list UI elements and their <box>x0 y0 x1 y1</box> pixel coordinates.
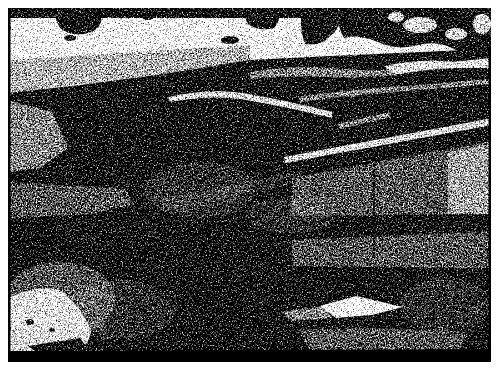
scanned-halftone-photo: High-contrast black-and-white halftone p… <box>0 0 500 376</box>
photo-border-left <box>8 10 11 362</box>
global-black-grain <box>8 8 491 362</box>
photo-border-right <box>489 46 492 362</box>
photo-canvas <box>0 0 500 376</box>
photo-border-bottom <box>8 349 491 362</box>
